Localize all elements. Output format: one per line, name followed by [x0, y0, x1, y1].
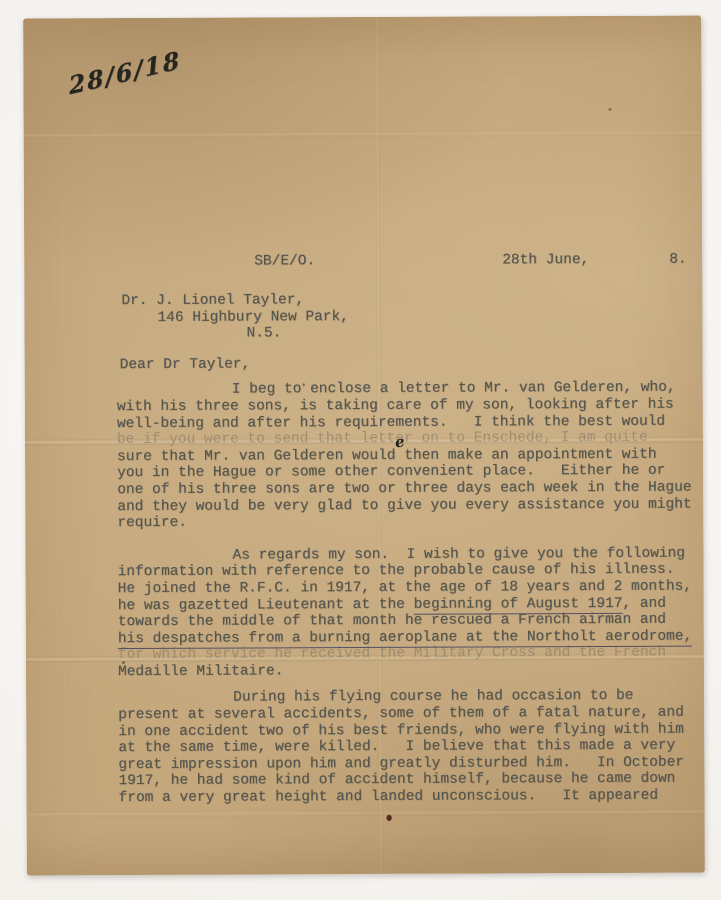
- fold-crease-bottom: [27, 809, 705, 818]
- letter-line: require.: [117, 513, 709, 532]
- letter-paper: 28/6/18 e SB/E/O. 28th June, 8. Dr. J. L…: [23, 16, 705, 876]
- ink-speck: [609, 108, 612, 111]
- letter-line: Medaille Militaire.: [118, 661, 710, 680]
- letter-line: He joined the R.F.C. in 1917, at the age…: [118, 578, 710, 597]
- reference-number: SB/E/O.: [254, 253, 315, 270]
- letter-line: for which service he received the Milita…: [118, 645, 710, 664]
- letter-body: SB/E/O. 28th June, 8. Dr. J. Lionel Tayl…: [116, 251, 710, 806]
- letter-line: be if you were to send that letter on to…: [117, 430, 709, 449]
- reference-line: SB/E/O. 28th June, 8.: [116, 251, 708, 271]
- fold-crease-top: [24, 130, 702, 139]
- year-fragment: 8.: [669, 252, 686, 269]
- salutation: Dear Dr Tayler,: [117, 354, 709, 373]
- paragraph-3: During his flying course he had occasion…: [118, 688, 711, 807]
- letter-date: 28th June,: [502, 252, 589, 269]
- handwritten-date: 28/6/18: [68, 45, 183, 101]
- letter-line: and they would be very glad to give you …: [117, 496, 709, 515]
- letter-line: Dear Dr Tayler,: [117, 354, 709, 373]
- ink-speck: [387, 815, 392, 821]
- recipient-address: Dr. J. Lionel Tayler,146 Highbury New Pa…: [116, 290, 708, 342]
- paragraph-2: As regards my son. I wish to give you th…: [117, 545, 710, 680]
- letter-line: from a very great height and landed unco…: [119, 788, 711, 807]
- scanned-letter-page: { "colors": { "paper": "#c5a77c", "typew…: [0, 0, 721, 900]
- paragraph-1: I beg to enclose a letter to Mr. van Gel…: [117, 380, 710, 532]
- letter-line: N.5.: [116, 324, 708, 343]
